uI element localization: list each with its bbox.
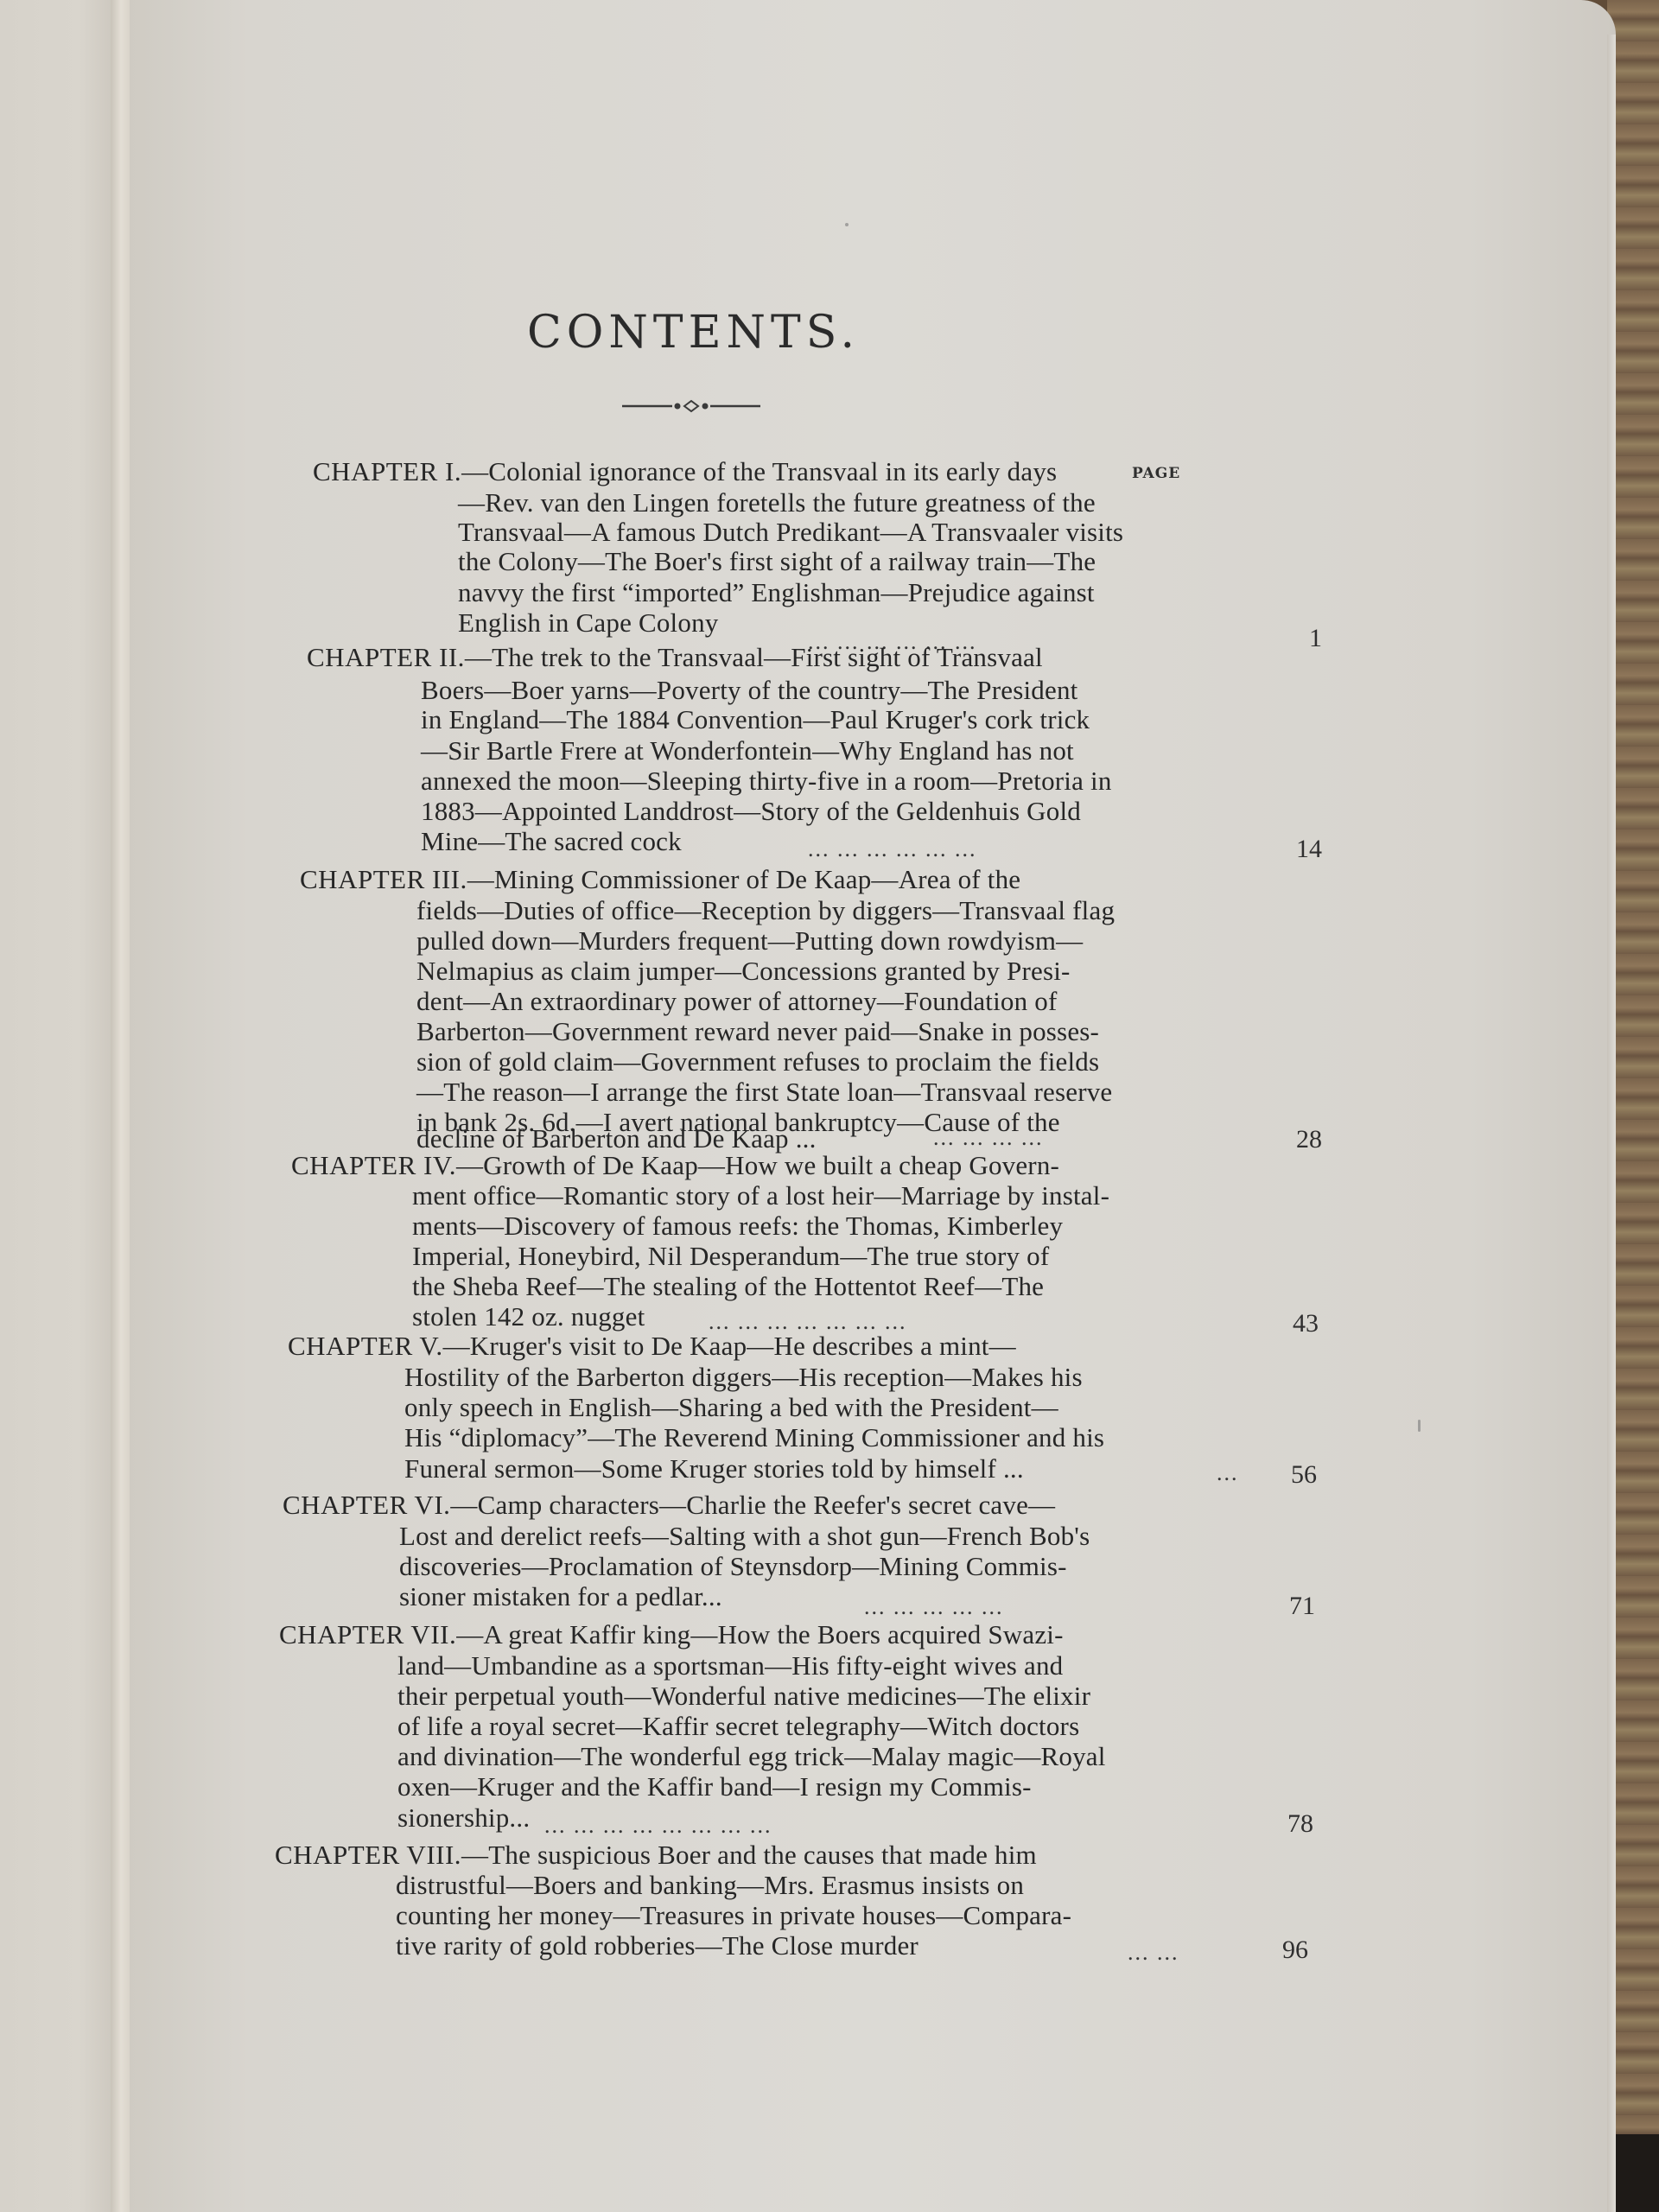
dot-leader: ... ... ... ... ... ... ... ... — [544, 1813, 772, 1839]
chapter-summary-line: annexed the moon—Sleeping thirty-five in… — [421, 767, 1112, 794]
chapter-summary-line: discoveries—Proclamation of Steynsdorp—M… — [399, 1553, 1067, 1580]
chapter-summary-line: their perpetual youth—Wonderful native m… — [397, 1682, 1090, 1709]
chapter-summary-line: Barberton—Government reward never paid—S… — [416, 1018, 1099, 1045]
dot-leader: ... ... ... ... ... ... — [808, 836, 977, 862]
page-number[interactable]: 78 — [1262, 1809, 1313, 1839]
chapter-summary-line: —Mining Commissioner of De Kaap—Area of … — [467, 864, 1021, 894]
chapter-summary-line: Mine—The sacred cock — [421, 828, 682, 855]
chapter-summary-line: —The trek to the Transvaal—First sight o… — [465, 642, 1043, 672]
chapter-summary-line: —Growth of De Kaap—How we built a cheap … — [456, 1150, 1059, 1180]
chapter-label: CHAPTER IV. — [291, 1150, 456, 1180]
page-number[interactable]: 43 — [1267, 1309, 1319, 1338]
chapter-summary-line: oxen—Kruger and the Kaffir band—I resign… — [397, 1773, 1032, 1800]
chapter-summary-line: only speech in English—Sharing a bed wit… — [404, 1394, 1058, 1421]
chapter-summary-line: —Colonial ignorance of the Transvaal in … — [461, 456, 1057, 486]
paper-speck — [845, 223, 849, 226]
table-of-contents: CHAPTER I.—Colonial ignorance of the Tra… — [0, 0, 1659, 2212]
chapter-summary-line: of life a royal secret—Kaffir secret tel… — [397, 1713, 1079, 1739]
chapter-summary-line: counting her money—Treasures in private … — [396, 1902, 1071, 1929]
chapter-label: CHAPTER III. — [300, 864, 467, 894]
chapter-summary-line: sion of gold claim—Government refuses to… — [416, 1048, 1099, 1075]
dot-leader: ... ... ... ... — [933, 1125, 1044, 1151]
chapter-summary-line: —Camp characters—Charlie the Reefer's se… — [450, 1490, 1055, 1520]
chapter-label: CHAPTER VIII. — [275, 1840, 461, 1870]
page-number[interactable]: 28 — [1270, 1125, 1322, 1154]
chapter-summary-line: in England—The 1884 Convention—Paul Krug… — [421, 706, 1090, 733]
dot-leader: ... ... — [1128, 1940, 1179, 1966]
chapter-summary-line: sioner mistaken for a pedlar... — [399, 1583, 722, 1610]
chapter-summary-line: tive rarity of gold robberies—The Close … — [396, 1932, 918, 1959]
chapter-summary-line: Imperial, Honeybird, Nil Desperandum—The… — [412, 1243, 1049, 1269]
chapter-summary-line: navvy the first “imported” Englishman—Pr… — [458, 579, 1095, 606]
chapter-summary-line: —A great Kaffir king—How the Boers acqui… — [456, 1619, 1063, 1649]
chapter-summary-line: 1883—Appointed Landdrost—Story of the Ge… — [421, 798, 1081, 824]
chapter-summary-line: Funeral sermon—Some Kruger stories told … — [404, 1455, 1024, 1482]
chapter-summary-line: the Colony—The Boer's first sight of a r… — [458, 548, 1096, 575]
dot-leader: ... ... ... ... ... — [864, 1594, 1004, 1620]
chapter-summary-line: —Rev. van den Lingen foretells the futur… — [458, 489, 1096, 516]
chapter-summary-line: Hostility of the Barberton diggers—His r… — [404, 1363, 1083, 1390]
dot-leader: ... — [1217, 1460, 1239, 1486]
chapter-summary-line: land—Umbandine as a sportsman—His fifty-… — [397, 1652, 1063, 1679]
chapter-summary-line: fields—Duties of office—Reception by dig… — [416, 897, 1115, 924]
chapter-summary-line: stolen 142 oz. nugget — [412, 1303, 645, 1330]
page-number[interactable]: 56 — [1265, 1460, 1317, 1490]
chapter-label: CHAPTER II. — [307, 642, 465, 672]
chapter-summary-line: His “diplomacy”—The Reverend Mining Comm… — [404, 1424, 1104, 1451]
chapter-summary-line: distrustful—Boers and banking—Mrs. Erasm… — [396, 1872, 1024, 1898]
chapter-summary-line: ment office—Romantic story of a lost hei… — [412, 1182, 1109, 1209]
chapter-summary-line: Lost and derelict reefs—Salting with a s… — [399, 1522, 1090, 1549]
chapter-summary-line: the Sheba Reef—The stealing of the Hotte… — [412, 1273, 1044, 1300]
chapter-summary-line: Transvaal—A famous Dutch Predikant—A Tra… — [458, 518, 1123, 545]
chapter-summary-line: —The reason—I arrange the first State lo… — [416, 1078, 1112, 1105]
page-number[interactable]: 96 — [1256, 1935, 1308, 1965]
chapter-summary-line: Nelmapius as claim jumper—Concessions gr… — [416, 957, 1071, 984]
chapter-summary-line: Boers—Boer yarns—Poverty of the country—… — [421, 677, 1077, 703]
chapter-summary-line: —Kruger's visit to De Kaap—He describes … — [443, 1331, 1016, 1361]
chapter-summary-line: sionership... — [397, 1804, 530, 1831]
chapter-label: CHAPTER VI. — [283, 1490, 450, 1520]
chapter-summary-line: pulled down—Murders frequent—Putting dow… — [416, 927, 1083, 954]
chapter-summary-line: English in Cape Colony — [458, 609, 718, 636]
paper-speck — [1418, 1420, 1421, 1432]
chapter-label: CHAPTER V. — [288, 1331, 443, 1361]
page-number[interactable]: 1 — [1270, 624, 1322, 653]
chapter-label: CHAPTER I. — [313, 456, 461, 486]
chapter-summary-line: ments—Discovery of famous reefs: the Tho… — [412, 1212, 1063, 1239]
page-number[interactable]: 71 — [1263, 1592, 1315, 1621]
chapter-label: CHAPTER VII. — [279, 1619, 456, 1649]
chapter-summary-line: —The suspicious Boer and the causes that… — [461, 1840, 1037, 1870]
chapter-summary-line: —Sir Bartle Frere at Wonderfontein—Why E… — [421, 737, 1074, 764]
chapter-summary-line: decline of Barberton and De Kaap ... — [416, 1125, 817, 1152]
chapter-summary-line: and divination—The wonderful egg trick—M… — [397, 1743, 1106, 1770]
page-number[interactable]: 14 — [1270, 835, 1322, 864]
chapter-summary-line: dent—An extraordinary power of attorney—… — [416, 988, 1058, 1014]
